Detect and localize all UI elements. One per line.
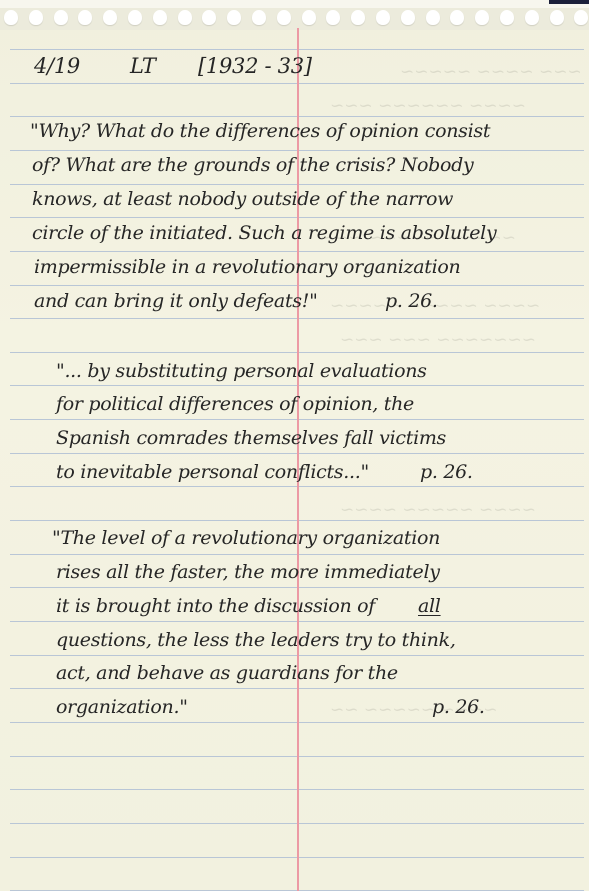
perforation-hole [351,10,365,25]
perforation-hole [426,10,440,25]
quote-line: of? What are the grounds of the crisis? … [32,154,473,176]
perforation-hole [252,10,266,25]
perforation-hole [326,10,340,25]
perforation-hole [128,10,142,25]
emphasized-word: all [418,595,441,617]
legal-pad-page: ~~~ ~~~~ ~~~~~ ~~~~ ~~~~~~ ~~~ ~~~~~ ~~~… [0,0,589,891]
page-reference: p. 26. [432,696,485,718]
quote-line: and can bring it only defeats!" [34,290,318,312]
perforation-hole [550,10,564,25]
perforation-hole [4,10,18,25]
perforation-hole [202,10,216,25]
quote-line: it is brought into the discussion of [56,595,375,617]
quote-line: questions, the less the leaders try to t… [56,629,456,651]
quote-line: "The level of a revolutionary organizati… [52,527,440,549]
perforation-hole [302,10,316,25]
page-reference: p. 26. [385,290,438,312]
perforation-hole [376,10,390,25]
perforation-hole [29,10,43,25]
perforation-hole [500,10,514,25]
perforation-hole [574,10,588,25]
author-initials: LT [130,54,156,78]
quote-line: rises all the faster, the more immediate… [56,561,440,583]
quote-line: act, and behave as guardians for the [56,662,398,684]
quote-line: knows, at least nobody outside of the na… [32,188,453,210]
tear-edge [0,0,589,8]
quote-line: "Why? What do the differences of opinion… [30,120,520,142]
quote-line: circle of the initiated. Such a regime i… [32,222,496,244]
perforation-hole [54,10,68,25]
quote-line: to inevitable personal conflicts..." [56,461,369,483]
background-corner [549,0,589,4]
perforation-hole [277,10,291,25]
quote-line: impermissible in a revolutionary organiz… [34,256,460,278]
quote-line: for political differences of opinion, th… [56,393,414,415]
year-range: [1932 - 33] [198,54,312,78]
perforation-hole [227,10,241,25]
quote-line: organization." [56,696,188,718]
perforation-hole [450,10,464,25]
entry-date: 4/19 [34,54,80,78]
quote-line: "... by substituting personal evaluation… [56,360,427,382]
quote-line: Spanish comrades themselves fall victims [56,427,446,449]
perforation-hole [475,10,489,25]
perforation-hole [153,10,167,25]
perforation-hole [78,10,92,25]
perforated-edge [0,0,589,30]
perforation-hole [525,10,539,25]
perforation-hole [103,10,117,25]
perforation-hole [178,10,192,25]
page-reference: p. 26. [420,461,473,483]
perforation-hole [401,10,415,25]
